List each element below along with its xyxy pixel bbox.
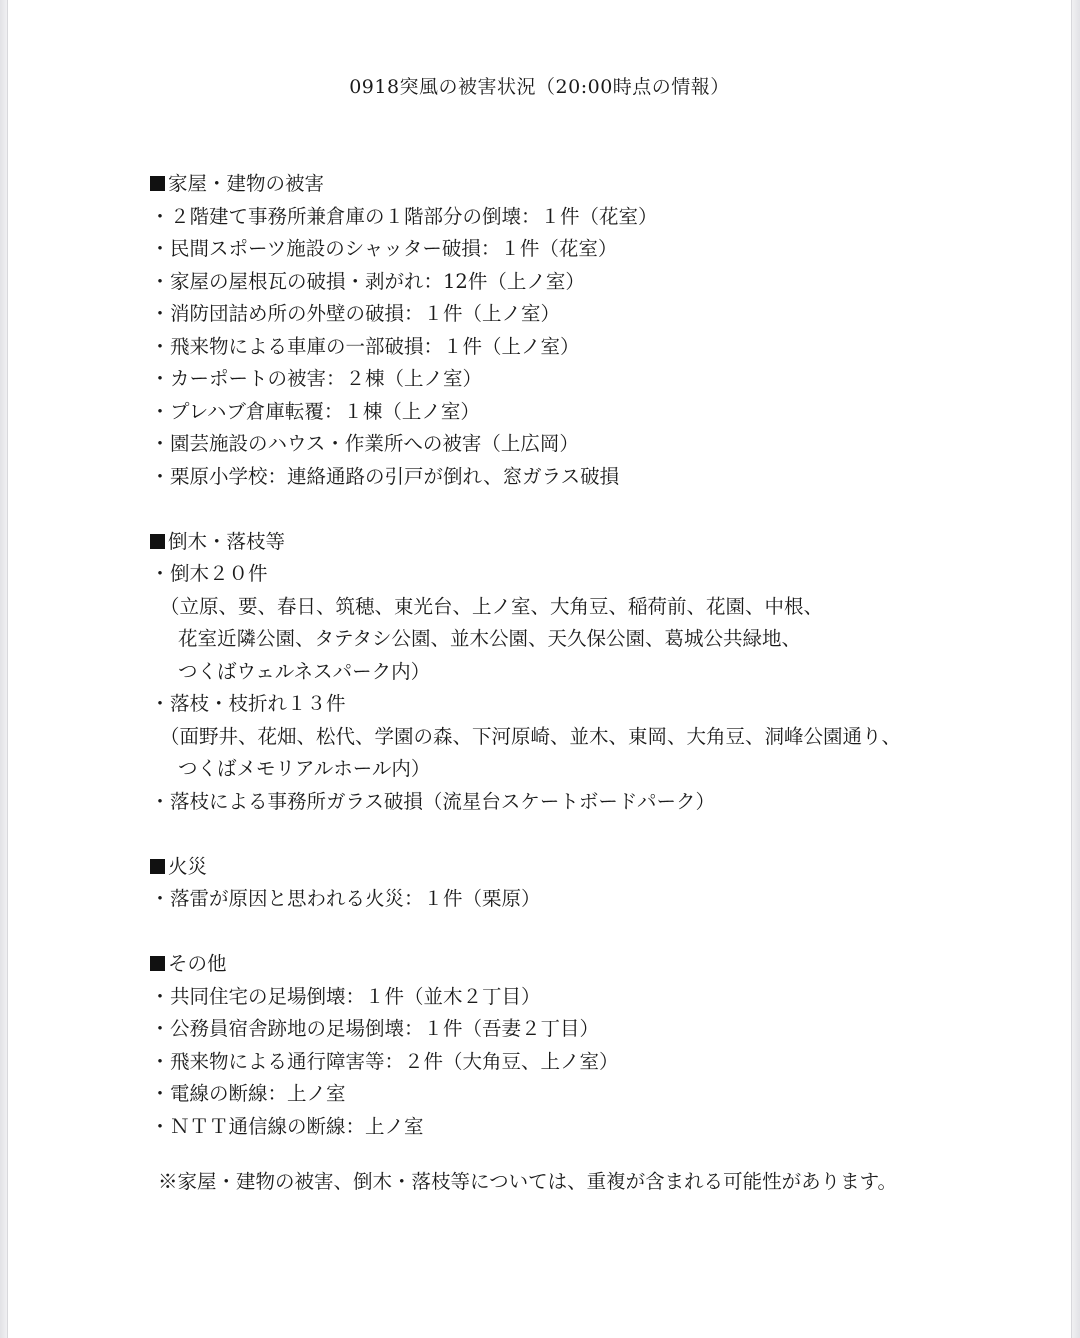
location-list-line: 花室近隣公園、タテタシ公園、並木公園、天久保公園、葛城公共緑地、	[150, 623, 950, 656]
section-heading: その他	[150, 948, 950, 981]
bullet-icon: ・	[150, 1046, 170, 1079]
list-item: ・公務員宿舎跡地の足場倒壊：１件（吾妻２丁目）	[150, 1013, 950, 1046]
bullet-icon: ・	[150, 298, 170, 331]
bullet-icon: ・	[150, 981, 170, 1014]
list-item: ・カーポートの被害：２棟（上ノ室）	[150, 363, 950, 396]
location-list-line: つくばメモリアルホール内）	[150, 753, 950, 786]
section-heading: 家屋・建物の被害	[150, 168, 950, 201]
black-square-icon	[150, 859, 165, 874]
list-item: ・落枝・枝折れ１３件	[150, 688, 950, 721]
page-edge-right	[1071, 0, 1080, 1338]
section-building-damage: 家屋・建物の被害 ・２階建て事務所兼倉庫の１階部分の倒壊：１件（花室） ・民間ス…	[150, 168, 950, 493]
section-heading: 倒木・落枝等	[150, 526, 950, 559]
bullet-icon: ・	[150, 233, 170, 266]
list-item: ・共同住宅の足場倒壊：１件（並木２丁目）	[150, 981, 950, 1014]
document-page: 0918突風の被害状況（20:00時点の情報） 家屋・建物の被害 ・２階建て事務…	[8, 0, 1071, 1338]
section-heading: 火災	[150, 851, 950, 884]
document-title: 0918突風の被害状況（20:00時点の情報）	[8, 72, 1071, 99]
bullet-icon: ・	[150, 266, 170, 299]
location-list-line: （立原、要、春日、筑穂、東光台、上ノ室、大角豆、稲荷前、花園、中根、	[150, 591, 950, 624]
section-other: その他 ・共同住宅の足場倒壊：１件（並木２丁目） ・公務員宿舎跡地の足場倒壊：１…	[150, 948, 950, 1143]
list-item: ・栗原小学校：連絡通路の引戸が倒れ、窓ガラス破損	[150, 461, 950, 494]
list-item: ・民間スポーツ施設のシャッター破損：１件（花室）	[150, 233, 950, 266]
black-square-icon	[150, 956, 165, 971]
bullet-icon: ・	[150, 428, 170, 461]
list-item: ・園芸施設のハウス・作業所への被害（上広岡）	[150, 428, 950, 461]
list-item: ・ＮＴＴ通信線の断線：上ノ室	[150, 1111, 950, 1144]
section-fire: 火災 ・落雷が原因と思われる火災：１件（栗原）	[150, 851, 950, 916]
bullet-icon: ・	[150, 1111, 170, 1144]
list-item: ・消防団詰め所の外壁の破損：１件（上ノ室）	[150, 298, 950, 331]
list-item: ・電線の断線：上ノ室	[150, 1078, 950, 1111]
bullet-icon: ・	[150, 363, 170, 396]
bullet-icon: ・	[150, 461, 170, 494]
black-square-icon	[150, 176, 165, 191]
list-item: ・プレハブ倉庫転覆：１棟（上ノ室）	[150, 396, 950, 429]
list-item: ・落雷が原因と思われる火災：１件（栗原）	[150, 883, 950, 916]
list-item: ・２階建て事務所兼倉庫の１階部分の倒壊：１件（花室）	[150, 201, 950, 234]
bullet-icon: ・	[150, 883, 170, 916]
list-item: ・落枝による事務所ガラス破損（流星台スケートボードパーク）	[150, 786, 950, 819]
page-edge-left	[0, 0, 8, 1338]
list-item: ・飛来物による通行障害等：２件（大角豆、上ノ室）	[150, 1046, 950, 1079]
black-square-icon	[150, 534, 165, 549]
bullet-icon: ・	[150, 786, 170, 819]
list-item: ・家屋の屋根瓦の破損・剥がれ：12件（上ノ室）	[150, 266, 950, 299]
list-item: ・飛来物による車庫の一部破損：１件（上ノ室）	[150, 331, 950, 364]
document-body: 家屋・建物の被害 ・２階建て事務所兼倉庫の１階部分の倒壊：１件（花室） ・民間ス…	[150, 168, 950, 1143]
bullet-icon: ・	[150, 201, 170, 234]
bullet-icon: ・	[150, 396, 170, 429]
bullet-icon: ・	[150, 688, 170, 721]
section-fallen-trees: 倒木・落枝等 ・倒木２０件 （立原、要、春日、筑穂、東光台、上ノ室、大角豆、稲荷…	[150, 526, 950, 819]
bullet-icon: ・	[150, 1078, 170, 1111]
footnote: ※家屋・建物の被害、倒木・落枝等については、重複が含まれる可能性があります。	[158, 1166, 897, 1194]
location-list-line: つくばウェルネスパーク内）	[150, 656, 950, 689]
location-list-line: （面野井、花畑、松代、学園の森、下河原崎、並木、東岡、大角豆、洞峰公園通り、	[150, 721, 950, 754]
bullet-icon: ・	[150, 1013, 170, 1046]
list-item: ・倒木２０件	[150, 558, 950, 591]
bullet-icon: ・	[150, 558, 170, 591]
bullet-icon: ・	[150, 331, 170, 364]
